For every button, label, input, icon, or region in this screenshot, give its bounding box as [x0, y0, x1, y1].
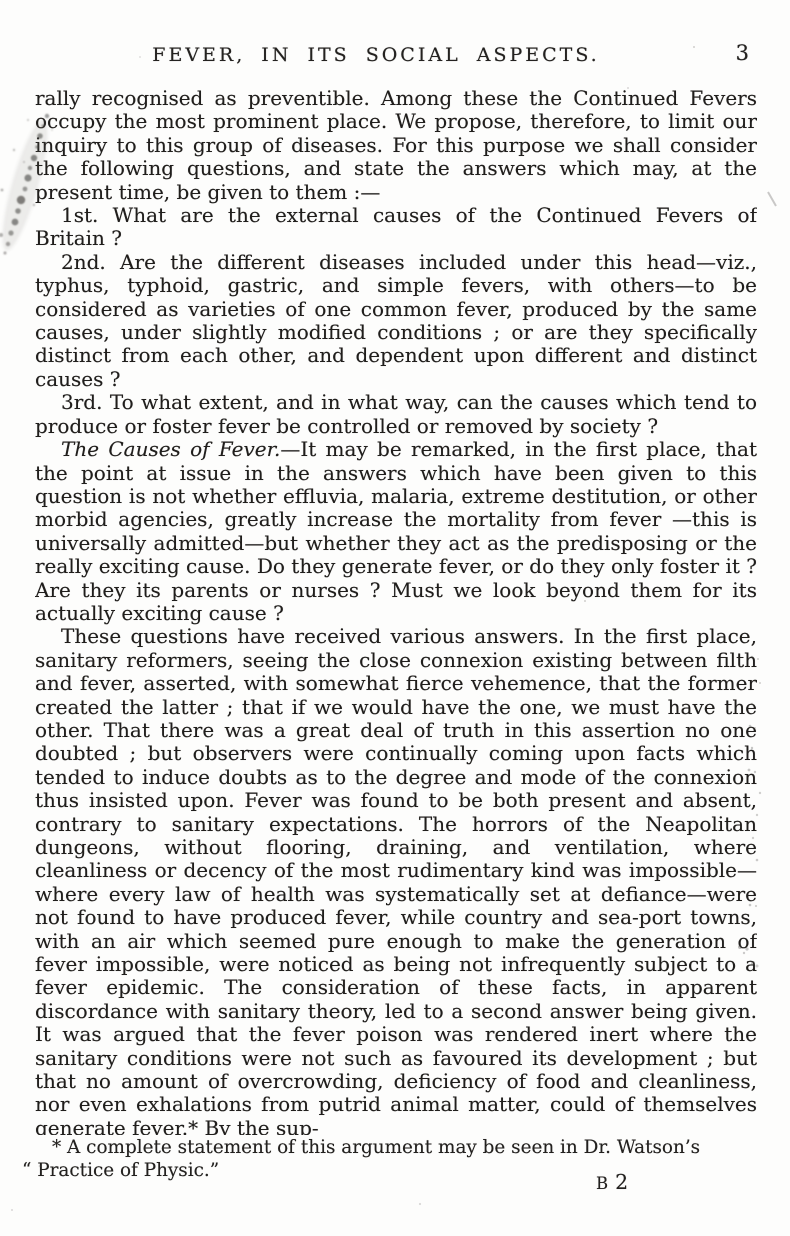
printer-signature-mark: B2	[596, 1170, 628, 1194]
paragraph-question-3rd: 3rd. To what extent, and in what way, ca…	[35, 391, 757, 438]
paragraph-question-2nd: 2nd. Are the different diseases included…	[35, 251, 757, 391]
paragraph-various-answers: These questions have received various an…	[35, 625, 757, 1135]
signature-number: 2	[615, 1170, 628, 1194]
footnote-line-1: * A complete statement of this argument …	[22, 1136, 757, 1159]
paragraph-causes-of-fever: The Causes of Fever.—It may be remarked,…	[35, 438, 757, 625]
footnote-line-2: “ Practice of Physic.”	[22, 1159, 757, 1182]
paragraph-causes-rest: —It may be remarked, in the first place,…	[35, 437, 757, 625]
footnote: * A complete statement of this argument …	[22, 1136, 757, 1182]
running-header-title: FEVER, IN ITS SOCIAL ASPECTS.	[152, 44, 599, 66]
page-header: FEVER, IN ITS SOCIAL ASPECTS. 3	[35, 44, 757, 72]
paragraph-continuation: rally recognised as preventible. Among t…	[35, 87, 757, 204]
signature-letter: B	[596, 1174, 608, 1193]
italic-lead-phrase: The Causes of Fever.	[61, 437, 280, 461]
paragraph-question-1st: 1st. What are the external causes of the…	[35, 204, 757, 251]
document-page: FEVER, IN ITS SOCIAL ASPECTS. 3 rally re…	[0, 0, 790, 1236]
body-text: rally recognised as preventible. Among t…	[35, 87, 757, 1135]
page-number: 3	[736, 41, 749, 65]
